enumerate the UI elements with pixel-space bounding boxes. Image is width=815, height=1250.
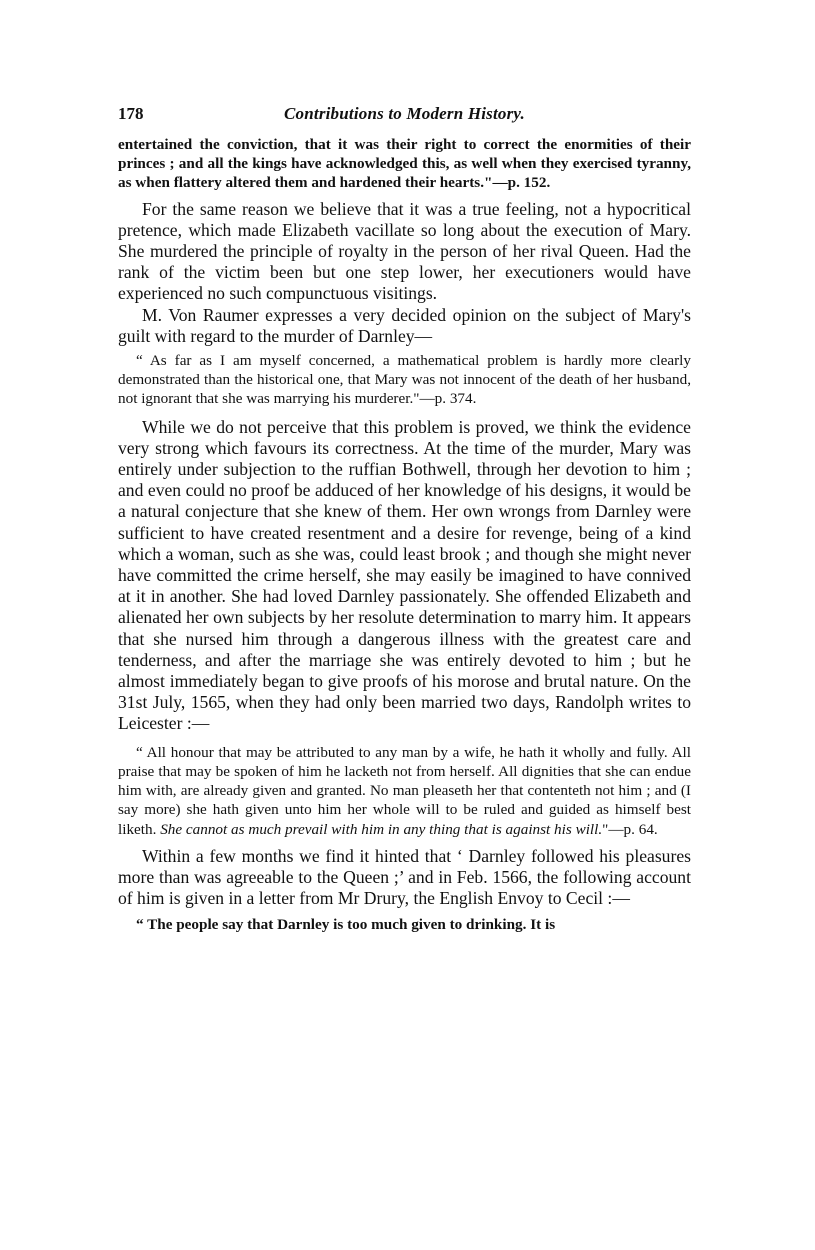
running-title: Contributions to Modern History.: [118, 104, 691, 124]
quote-randolph-cite: "—p. 64.: [602, 821, 658, 838]
paragraph-von-raumer: M. Von Raumer expresses a very decided o…: [118, 305, 691, 347]
quote-randolph: “ All honour that may be attributed to a…: [118, 743, 691, 839]
paragraph-darnley-pleasures: Within a few months we find it hinted th…: [118, 846, 691, 910]
paragraph-elizabeth: For the same reason we believe that it w…: [118, 199, 691, 305]
paragraph-evidence: While we do not perceive that this probl…: [118, 417, 691, 735]
quote-von-raumer: “ As far as I am myself concerned, a mat…: [118, 351, 691, 409]
quote-continuation: entertained the conviction, that it was …: [118, 135, 691, 193]
quote-drury: “ The people say that Darnley is too muc…: [118, 915, 691, 934]
page-header: 178 Contributions to Modern History.: [118, 104, 691, 132]
quote-randolph-italic: She cannot as much prevail with him in a…: [160, 821, 602, 838]
book-page: 178 Contributions to Modern History. ent…: [118, 104, 691, 935]
